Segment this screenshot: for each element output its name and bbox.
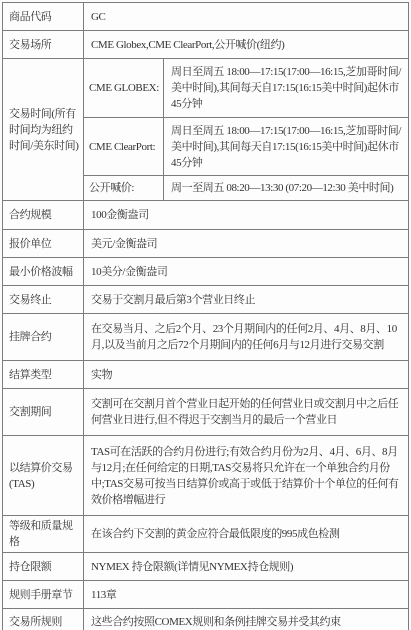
row-label: 交易所规则 xyxy=(3,609,84,630)
subrow-value-globex: 周日至周五 18:00—17:15(17:00—16:15,芝加哥时间/美中时间… xyxy=(164,59,409,118)
table-row-listed-contracts: 挂牌合约 在交易当月、之后2个月、23个月期间内的任何2月、4月、8月、10月,… xyxy=(3,314,409,361)
row-label: 以结算价交易(TAS) xyxy=(3,436,84,516)
row-value: 这些合约按照COMEX规则和条例挂牌交易并受其约束 xyxy=(84,609,409,630)
subrow-label-globex: CME GLOBEX: xyxy=(84,59,164,118)
table-row-tas: 以结算价交易(TAS) TAS可在活跃的合约月份进行;有效合约月份为2月、4月、… xyxy=(3,436,409,516)
row-value: 交易于交割月最后第3个营业日终止 xyxy=(84,286,409,314)
row-label-trading-hours: 交易时间(所有时间均为纽约时间/美东时间) xyxy=(3,59,84,201)
row-value: GC xyxy=(84,3,409,31)
table-row-grade-quality: 等级和质量规格 在该合约下交割的黄金应符合最低限度的995成色检测 xyxy=(3,516,409,553)
row-value: 113章 xyxy=(84,581,409,609)
table-row-delivery-period: 交割期间 交割可在交割月首个营业日起开始的任何营业日或交割月中之后任何营业日进行… xyxy=(3,389,409,436)
table-row-price-quotation: 报价单位 美元/金衡盎司 xyxy=(3,230,409,258)
row-label: 商品代码 xyxy=(3,3,84,31)
table-row-termination-of-trading: 交易终止 交易于交割月最后第3个营业日终止 xyxy=(3,286,409,314)
row-value: 在交易当月、之后2个月、23个月期间内的任何2月、4月、8月、10月,以及当前月… xyxy=(84,314,409,361)
row-label: 交易终止 xyxy=(3,286,84,314)
row-value: 100金衡盎司 xyxy=(84,201,409,230)
row-label: 等级和质量规格 xyxy=(3,516,84,553)
row-value: NYMEX 持仓限额(详情见NYMEX持仓规则) xyxy=(84,553,409,581)
table-row-venue: 交易场所 CME Globex,CME ClearPort,公开喊价(纽约) xyxy=(3,31,409,59)
row-value: 实物 xyxy=(84,361,409,389)
row-label: 交易场所 xyxy=(3,31,84,59)
table-row-exchange-rules: 交易所规则 这些合约按照COMEX规则和条例挂牌交易并受其约束 xyxy=(3,609,409,630)
row-label: 持仓限额 xyxy=(3,553,84,581)
table-row-product-code: 商品代码 GC xyxy=(3,3,409,31)
row-label: 结算类型 xyxy=(3,361,84,389)
table-row-min-price-fluctuation: 最小价格波幅 10美分/金衡盎司 xyxy=(3,258,409,286)
row-value: CME Globex,CME ClearPort,公开喊价(纽约) xyxy=(84,31,409,59)
row-value: 美元/金衡盎司 xyxy=(84,230,409,258)
table-row-trading-hours-globex: 交易时间(所有时间均为纽约时间/美东时间) CME GLOBEX: 周日至周五 … xyxy=(3,59,409,118)
table-row-contract-size: 合约规模 100金衡盎司 xyxy=(3,201,409,230)
row-value: 交割可在交割月首个营业日起开始的任何营业日或交割月中之后任何营业日进行,但不得迟… xyxy=(84,389,409,436)
row-label: 挂牌合约 xyxy=(3,314,84,361)
subrow-label-open-outcry: 公开喊价: xyxy=(84,176,164,201)
gold-futures-spec-page: 商品代码 GC 交易场所 CME Globex,CME ClearPort,公开… xyxy=(0,0,411,630)
row-label: 规则手册章节 xyxy=(3,581,84,609)
row-value: 10美分/金衡盎司 xyxy=(84,258,409,286)
table-row-settlement-type: 结算类型 实物 xyxy=(3,361,409,389)
row-label: 交割期间 xyxy=(3,389,84,436)
table-row-rulebook-chapter: 规则手册章节 113章 xyxy=(3,581,409,609)
row-label: 最小价格波幅 xyxy=(3,258,84,286)
row-label: 报价单位 xyxy=(3,230,84,258)
row-label: 合约规模 xyxy=(3,201,84,230)
row-value: 在该合约下交割的黄金应符合最低限度的995成色检测 xyxy=(84,516,409,553)
subrow-value-clearport: 周日至周五 18:00—17:15(17:00—16:15,芝加哥时间/美中时间… xyxy=(164,118,409,176)
contract-spec-table: 商品代码 GC 交易场所 CME Globex,CME ClearPort,公开… xyxy=(2,2,409,630)
subrow-label-clearport: CME ClearPort: xyxy=(84,118,164,176)
row-value: TAS可在活跃的合约月份进行;有效合约月份为2月、4月、6月、8月与12月;在任… xyxy=(84,436,409,516)
table-row-position-limits: 持仓限额 NYMEX 持仓限额(详情见NYMEX持仓规则) xyxy=(3,553,409,581)
subrow-value-open-outcry: 周一至周五 08:20—13:30 (07:20—12:30 美中时间) xyxy=(164,176,409,201)
